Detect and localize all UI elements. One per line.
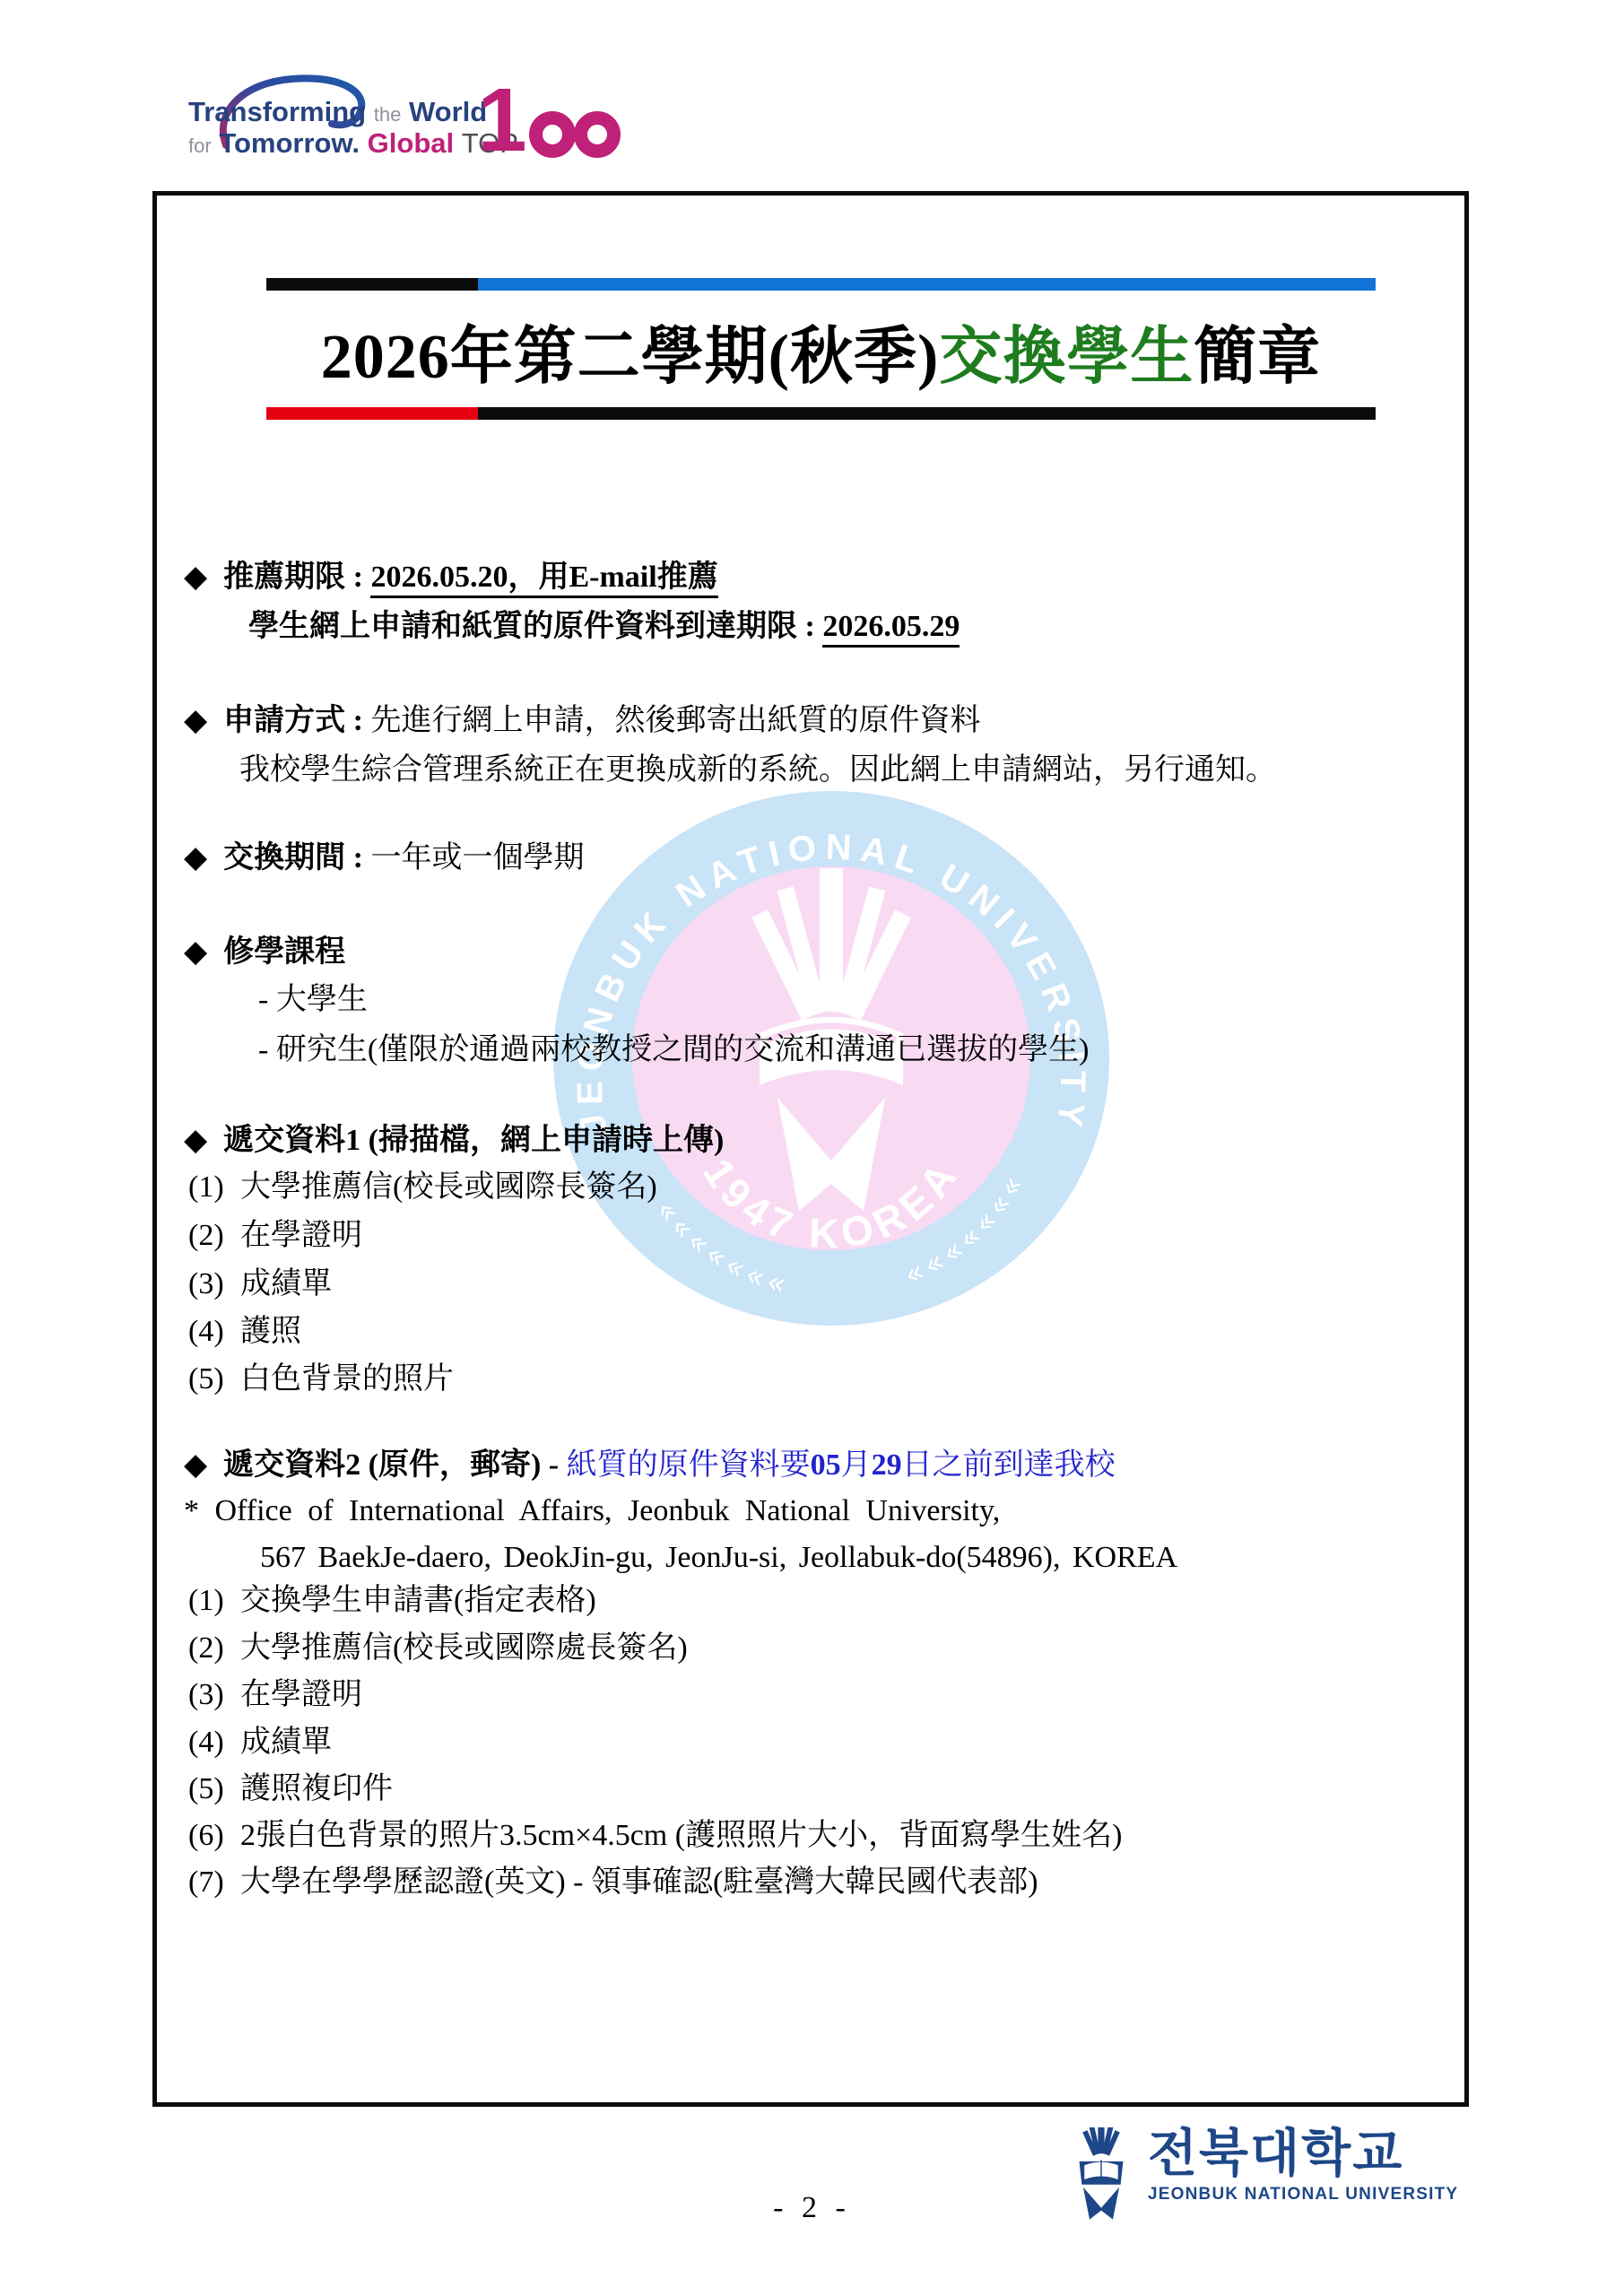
docs2-item: (5)護照複印件 — [188, 1770, 393, 1809]
item-text: 大學在學學歷認證(英文) - 領事確認(駐臺灣大韓民國代表部) — [240, 1865, 1038, 1899]
docs2-item: (3)在學證明 — [188, 1676, 362, 1715]
docs2-address-line2: 567 BaekJe-daero, DeokJin-gu, JeonJu-si,… — [260, 1539, 1177, 1578]
title-bottom-bar-black — [478, 407, 1376, 420]
docs1-item: (4)護照 — [188, 1313, 301, 1352]
university-emblem-icon — [1069, 2127, 1133, 2222]
university-names: 전북대학교 JEONBUK NATIONAL UNIVERSITY — [1148, 2127, 1458, 2205]
diamond-bullet-icon: ◆ — [184, 1122, 207, 1158]
diamond-bullet-icon: ◆ — [184, 839, 207, 875]
docs2-item: (6)2張白色背景的照片3.5cm×4.5cm (護照照片大小，背面寫學生姓名) — [188, 1817, 1122, 1856]
university-korean-name: 전북대학교 — [1148, 2127, 1458, 2181]
title-bottom-bar-red — [266, 407, 478, 420]
brand-line1: Transforming the World — [188, 97, 472, 128]
brand-transforming: Transforming — [188, 96, 366, 127]
section-courses: ◆修學課程 — [184, 933, 345, 972]
page-title: 2026年第二學期(秋季)交換學生簡章 — [266, 306, 1376, 396]
university-english-name: JEONBUK NATIONAL UNIVERSITY — [1148, 2185, 1458, 2205]
courses-item-graduate: - 研究生(僅限於通過兩校教授之間的交流和溝通已選拔的學生) — [258, 1031, 1089, 1070]
item-number: (4) — [188, 1313, 240, 1352]
apply-sep: : — [345, 704, 370, 737]
university-logo: 전북대학교 JEONBUK NATIONAL UNIVERSITY — [1069, 2127, 1458, 2222]
recommend-line2-label: 學生網上申請和紙質的原件資料到達期限 — [248, 610, 797, 643]
docs2-address-line1: * Office of International Affairs, Jeonb… — [184, 1492, 1000, 1531]
diamond-bullet-icon: ◆ — [184, 934, 207, 970]
section-recommend-deadline: ◆推薦期限 : 2026.05.20，用E-mail推薦 — [184, 558, 718, 597]
section-exchange-period: ◆交換期間 : 一年或一個學期 — [184, 839, 584, 878]
item-text: 在學證明 — [240, 1219, 362, 1252]
apply-note-text: 我校學生綜合管理系統正在更換成新的系統。因此網上申請網站，另行通知。 — [239, 753, 1276, 787]
diamond-bullet-icon: ◆ — [184, 702, 207, 738]
item-text: 護照 — [240, 1315, 301, 1348]
item-number: (7) — [188, 1864, 240, 1902]
item-number: (2) — [188, 1630, 240, 1668]
diamond-bullet-icon: ◆ — [184, 1447, 207, 1483]
docs1-label: 遞交資料1 (掃描檔，網上申請時上傳) — [223, 1124, 724, 1157]
period-sep: : — [345, 841, 370, 874]
docs2-deadline-notice: 紙質的原件資料要05月29日之前到達我校 — [567, 1448, 1116, 1482]
brand-100: 1 — [477, 79, 621, 165]
period-label: 交換期間 — [223, 841, 345, 874]
brand-zero-ring-2 — [574, 111, 621, 158]
item-text: 成績單 — [240, 1267, 332, 1300]
brand-tomorrow: Tomorrow. — [219, 127, 360, 159]
docs2-item: (2)大學推薦信(校長或國際處長簽名) — [188, 1630, 688, 1668]
title-top-bar-black — [266, 278, 478, 291]
title-top-bar-blue — [478, 278, 1376, 291]
notice-post: 日之前到達我校 — [902, 1448, 1116, 1482]
item-text: 成績單 — [240, 1726, 332, 1759]
courses-item2-text: 研究生(僅限於通過兩校教授之間的交流和溝通已選拔的學生) — [276, 1033, 1090, 1066]
item-text: 白色背景的照片 — [240, 1362, 454, 1396]
docs2-item: (1)交換學生申請書(指定表格) — [188, 1582, 596, 1621]
section-docs1: ◆遞交資料1 (掃描檔，網上申請時上傳) — [184, 1121, 724, 1161]
item-number: (5) — [188, 1361, 240, 1399]
item-number: (1) — [188, 1169, 240, 1207]
notice-day1: 05 — [811, 1448, 841, 1482]
address2-text: 567 BaekJe-daero, DeokJin-gu, JeonJu-si,… — [260, 1541, 1177, 1574]
notice-day2: 29 — [872, 1448, 902, 1482]
dash-bullet: - — [258, 1033, 268, 1066]
item-text: 大學推薦信(校長或國際處長簽名) — [240, 1631, 688, 1665]
courses-label: 修學課程 — [223, 935, 345, 969]
apply-text: 先進行網上申請，然後郵寄出紙質的原件資料 — [370, 704, 980, 737]
recommend-deadline-value: 2026.05.20，用E-mail推薦 — [370, 561, 717, 598]
section-apply-note: 我校學生綜合管理系統正在更換成新的系統。因此網上申請網站，另行通知。 — [239, 752, 1276, 790]
brand-zero-ring-1 — [529, 111, 576, 158]
brand-one-digit: 1 — [477, 79, 527, 161]
item-number: (2) — [188, 1217, 240, 1256]
global-top100-logo: Transforming the World for Tomorrow. Glo… — [188, 97, 619, 187]
diamond-bullet-icon: ◆ — [184, 559, 207, 595]
item-number: (3) — [188, 1265, 240, 1304]
notice-month: 月 — [841, 1448, 872, 1482]
recommend-line2-sep: : — [797, 610, 822, 643]
brand-for: for — [188, 135, 212, 157]
section-recommend-line2: 學生網上申請和紙質的原件資料到達期限 : 2026.05.29 — [248, 608, 960, 647]
recommend-label: 推薦期限 — [223, 561, 345, 594]
recommend-sep: : — [345, 561, 370, 594]
item-text: 在學證明 — [240, 1678, 362, 1711]
item-number: (6) — [188, 1817, 240, 1856]
brand-text: Transforming the World for Tomorrow. Glo… — [188, 97, 472, 159]
item-number: (1) — [188, 1582, 240, 1621]
apply-label: 申請方式 — [223, 704, 345, 737]
courses-item1-text: 大學生 — [276, 983, 368, 1016]
title-part1: 2026年第二學期(秋季) — [321, 323, 940, 392]
title-bottom-bar — [266, 407, 1376, 420]
docs2-item: (4)成績單 — [188, 1724, 332, 1762]
item-text: 2張白色背景的照片3.5cm×4.5cm (護照照片大小，背面寫學生姓名) — [240, 1819, 1122, 1852]
courses-item-undergraduate: - 大學生 — [258, 981, 368, 1020]
dash-bullet: - — [258, 983, 268, 1016]
title-part2: 簡章 — [1194, 323, 1321, 392]
section-docs2: ◆遞交資料2 (原件，郵寄) - 紙質的原件資料要05月29日之前到達我校 — [184, 1446, 1116, 1485]
document-page: Transforming the World for Tomorrow. Glo… — [0, 0, 1624, 2296]
docs1-item: (5)白色背景的照片 — [188, 1361, 454, 1399]
item-number: (5) — [188, 1770, 240, 1809]
docs1-item: (1)大學推薦信(校長或國際長簽名) — [188, 1169, 657, 1207]
item-text: 交換學生申請書(指定表格) — [240, 1584, 596, 1617]
docs2-item: (7)大學在學學歷認證(英文) - 領事確認(駐臺灣大韓民國代表部) — [188, 1864, 1038, 1902]
address1-text: * Office of International Affairs, Jeonb… — [184, 1494, 1000, 1527]
item-text: 大學推薦信(校長或國際長簽名) — [240, 1170, 657, 1204]
title-top-bar — [266, 278, 1376, 291]
item-number: (3) — [188, 1676, 240, 1715]
brand-the: the — [374, 103, 402, 126]
brand-global: Global — [368, 127, 454, 159]
docs1-item: (2)在學證明 — [188, 1217, 362, 1256]
item-text: 護照複印件 — [240, 1772, 393, 1805]
title-highlight: 交換學生 — [939, 323, 1194, 392]
section-apply-method: ◆申請方式 : 先進行網上申請，然後郵寄出紙質的原件資料 — [184, 701, 980, 741]
brand-line2: for Tomorrow. Global TOP — [188, 128, 472, 160]
notice-pre: 紙質的原件資料要 — [567, 1448, 811, 1482]
brand-world: World — [409, 96, 487, 127]
period-text: 一年或一個學期 — [370, 841, 584, 874]
docs2-label: 遞交資料2 (原件，郵寄) - — [223, 1448, 566, 1482]
item-number: (4) — [188, 1724, 240, 1762]
docs1-item: (3)成績單 — [188, 1265, 332, 1304]
recommend-line2-deadline-value: 2026.05.29 — [822, 610, 960, 648]
